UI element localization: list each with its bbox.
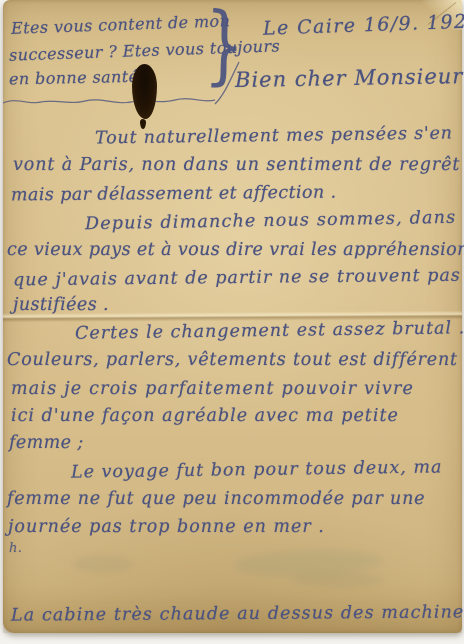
body-line: que j'avais avant de partir ne se trouve… <box>13 266 461 291</box>
body-line: mais par délassement et affection . <box>11 183 337 206</box>
salutation: Bien cher Monsieur <box>235 64 464 92</box>
body-line: La cabine très chaude au dessus des mach… <box>11 602 464 625</box>
marginal-note-line: Etes vous content de mon <box>11 11 231 38</box>
body-line: vont à Paris, non dans un sentiment de r… <box>13 155 460 175</box>
body-line: femme ; <box>9 433 84 453</box>
body-line: Couleurs, parlers, vêtements tout est di… <box>7 350 458 370</box>
marginal-pen-mark: h. <box>9 541 22 556</box>
scanned-letter-page: { "document": { "kind": "handwritten-let… <box>0 0 464 644</box>
ink-blot <box>132 64 157 119</box>
ink-showthrough <box>73 555 133 573</box>
wavy-underline <box>3 58 255 110</box>
body-line: ce vieux pays et à vous dire vrai les ap… <box>7 240 464 260</box>
body-line: mais je crois parfaitement pouvoir vivre <box>11 379 414 399</box>
body-line: femme ne fut que peu incommodée par une <box>7 489 425 509</box>
body-line: journée pas trop bonne en mer . <box>8 517 325 537</box>
body-line: ici d'une façon agréable avec ma petite <box>11 406 399 426</box>
body-line: Tout naturellement mes pensées s'en <box>95 124 453 149</box>
dateline: Le Caire 16/9. 1926 <box>263 10 464 40</box>
body-line: Depuis dimanche nous sommes, dans <box>85 208 457 234</box>
body-line: Le voyage fut bon pour tous deux, ma <box>71 457 443 482</box>
letter-paper: Etes vous content de mon successeur ? Et… <box>3 0 462 633</box>
body-line: Certes le changement est assez brutal . <box>75 318 464 343</box>
